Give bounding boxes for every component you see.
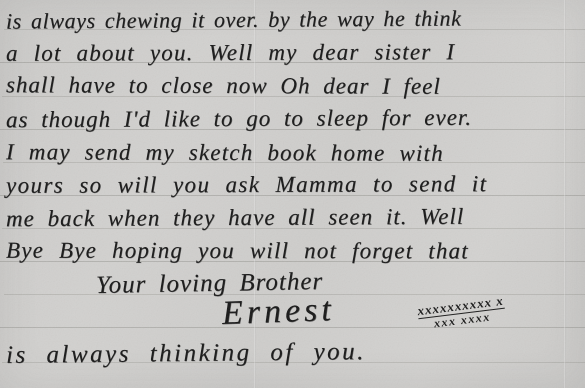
- letter-line-1: is always chewing it over. by the way he…: [6, 7, 462, 32]
- letter-line-3: shall have to close now Oh dear I feel: [6, 73, 441, 98]
- letter-line-5: I may send my sketch book home with: [6, 140, 444, 165]
- kisses-flourish: xxxxxxxxxx x xxx xxxx: [417, 294, 506, 331]
- letter-postscript: is always thinking of you.: [6, 339, 366, 368]
- letter-line-8: Bye Bye hoping you will not forget that: [6, 239, 469, 263]
- letter-line-4: as though I'd like to go to sleep for ev…: [6, 106, 472, 131]
- letter-line-2: a lot about you. Well my dear sister I: [6, 40, 455, 65]
- letter-line-6: yours so will you ask Mamma to send it: [6, 172, 487, 197]
- letter-line-7: me back when they have all seen it. Well: [6, 205, 464, 230]
- signature: Ernest: [221, 293, 335, 331]
- letter-page: is always chewing it over. by the way he…: [0, 0, 585, 388]
- paper-crease: [564, 0, 566, 388]
